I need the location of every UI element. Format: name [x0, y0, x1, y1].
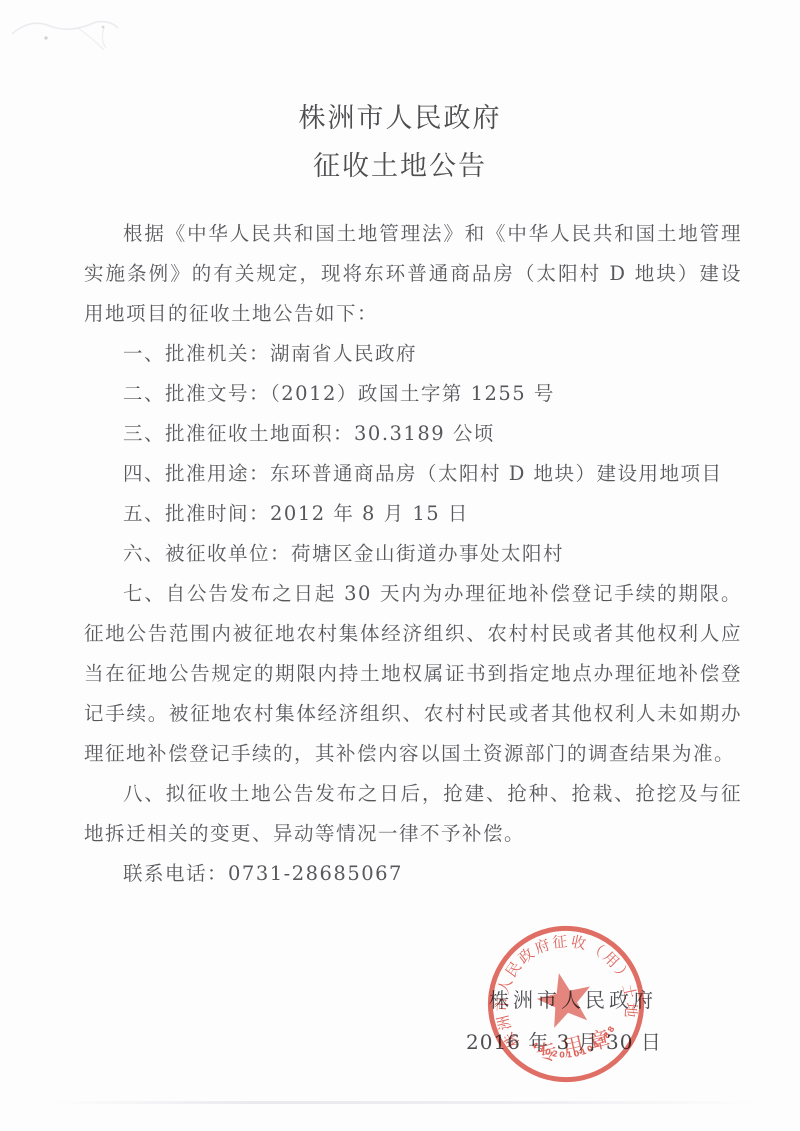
paragraph-intro: 根据《中华人民共和国土地管理法》和《中华人民共和国土地管理实施条例》的有关规定，…: [84, 214, 742, 334]
paragraph-item-6: 六、被征收单位：荷塘区金山街道办事处太阳村: [84, 534, 742, 574]
paragraph-item-2: 二、批准文号：（2012）政国土字第 1255 号: [84, 374, 742, 414]
paragraph-item-1: 一、批准机关：湖南省人民政府: [84, 334, 742, 374]
contact-phone-line: 联系电话：0731-28685067: [84, 854, 742, 894]
paragraph-item-4: 四、批准用途：东环普通商品房（太阳村 D 地块）建设用地项目: [84, 454, 742, 494]
document-body: 根据《中华人民共和国土地管理法》和《中华人民共和国土地管理实施条例》的有关规定，…: [84, 214, 742, 894]
paragraph-item-7: 七、自公告发布之日起 30 天内为办理征地补偿登记手续的期限。征地公告范围内被征…: [84, 574, 742, 774]
document-title-line1: 株洲市人民政府: [0, 96, 800, 135]
official-seal: 株洲市人民政府征收（用）土地 专用章 4302010104788: [458, 896, 674, 1112]
pencil-scribble-artifact: [8, 6, 148, 76]
paragraph-item-5: 五、批准时间：2012 年 8 月 15 日: [84, 494, 742, 534]
paragraph-item-8: 八、拟征收土地公告发布之日后，抢建、抢种、抢栽、抢挖及与征地拆迁相关的变更、异动…: [84, 774, 742, 854]
scan-streak-artifact: [52, 1101, 758, 1104]
document-title-line2: 征收土地公告: [0, 144, 800, 183]
paragraph-item-3: 三、批准征收土地面积：30.3189 公顷: [84, 414, 742, 454]
seal-star-icon: [532, 967, 597, 1030]
scanned-document-page: 株洲市人民政府 征收土地公告 根据《中华人民共和国土地管理法》和《中华人民共和国…: [0, 0, 800, 1131]
